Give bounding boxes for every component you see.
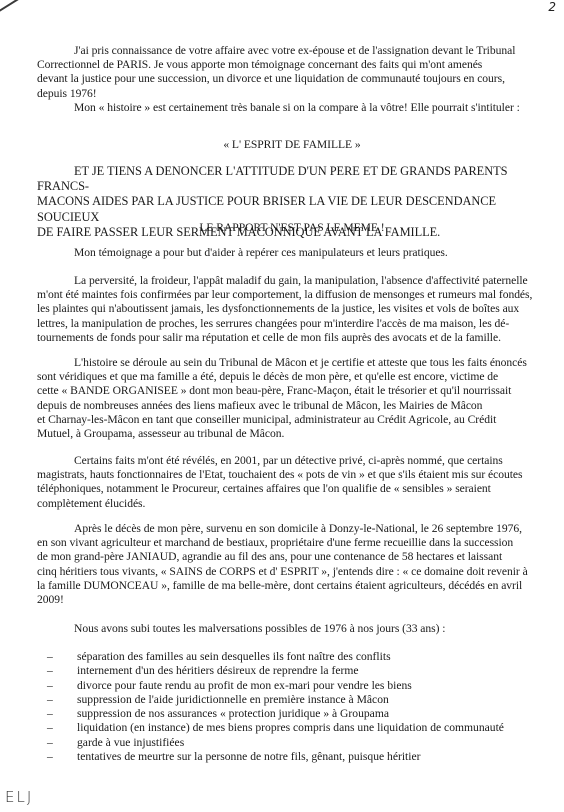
dash-bullet-icon: – [47,721,53,735]
denounce-line-1: ET JE TIENS A DENONCER L'ATTITUDE D'UN P… [37,164,547,194]
malversations-intro: Nous avons subi toutes les malversations… [37,622,547,636]
history-line-5: et Charnay-les-Mâcon en tant que conseil… [37,413,547,427]
intro-section: J'ai pris connaissance de votre affaire … [37,44,547,115]
letter-subtitle: LE RAPPORT N'EST PAS LE MEME ! [37,221,547,235]
malversations-intro-section: Nous avons subi toutes les malversations… [37,622,547,636]
perversity-line-4: lettres, la manipulation de proches, les… [37,317,547,331]
list-item: –séparation des familles au sein desquel… [47,650,547,664]
dash-bullet-icon: – [47,650,53,664]
list-item-text: séparation des familles au sein desquell… [77,650,391,663]
list-item-text: internement d'un des héritiers désireux … [77,664,359,677]
list-item: –garde à vue injustifiées [47,736,547,750]
intro-line-1: J'ai pris connaissance de votre affaire … [37,44,547,58]
dash-bullet-icon: – [47,693,53,707]
facts-paragraph: Certains faits m'ont été révélés, en 200… [37,454,547,511]
list-item-text: suppression de nos assurances « protecti… [77,707,389,720]
dash-bullet-icon: – [47,664,53,678]
death-line-3: de mon grand-père JANIAUD, agrandie au f… [37,550,547,564]
intro-line-4: depuis 1976! [37,87,547,101]
list-item-text: garde à vue injustifiées [77,736,184,749]
dash-bullet-icon: – [47,736,53,750]
facts-line-3: téléphoniques, notamment le Procureur, c… [37,482,547,496]
dash-bullet-icon: – [47,707,53,721]
dash-bullet-icon: – [47,679,53,693]
list-item: –tentatives de meurtre sur la personne d… [47,750,547,764]
purpose-line: Mon témoignage a pour but d'aider à repé… [37,246,547,260]
perversity-line-1: La perversité, la froideur, l'appât mala… [37,274,547,288]
list-item-text: divorce pour faute rendu au profit de mo… [77,679,412,692]
facts-line-2: magistrats, hauts fonctionnaires de l'Et… [37,468,547,482]
list-item-text: liquidation (en instance) de mes biens p… [77,721,504,734]
purpose-section: Mon témoignage a pour but d'aider à repé… [37,246,547,260]
perversity-line-2: m'ont été maintes fois confirmées par le… [37,288,547,302]
death-line-6: 2009! [37,593,547,607]
perversity-paragraph: La perversité, la froideur, l'appât mala… [37,274,547,345]
malversations-list: –séparation des familles au sein desquel… [47,650,547,764]
list-item-text: tentatives de meurtre sur la personne de… [77,750,421,763]
facts-line-1: Certains faits m'ont été révélés, en 200… [37,454,547,468]
perversity-line-5: tournements de fonds pour salir ma réput… [37,331,547,345]
intro-story-line: Mon « histoire » est certainement très b… [37,101,547,115]
history-line-2: sont véridiques et que ma famille a été,… [37,370,547,384]
intro-line-2: Correctionnel de PARIS. Je vous apporte … [37,58,547,72]
history-line-6: Mutuel, à Groupama, assesseur au tribuna… [37,427,547,441]
perversity-line-3: les plaintes qui n'aboutissent jamais, l… [37,302,547,316]
dash-bullet-icon: – [47,750,53,764]
list-item: –divorce pour faute rendu au profit de m… [47,679,547,693]
list-item: –liquidation (en instance) de mes biens … [47,721,547,735]
death-line-2: en son vivant agriculteur et marchand de… [37,536,547,550]
list-item: –suppression de nos assurances « protect… [47,707,547,721]
history-line-4: depuis de nombreuses années des liens ma… [37,399,547,413]
handwritten-initials: ELJ [5,788,33,806]
death-line-1: Après le décès de mon père, survenu en s… [37,522,547,536]
history-line-3: cette « BANDE ORGANISEE » dont mon beau-… [37,384,547,398]
page-number: 2 [548,0,556,14]
scanned-letter-page: 2 J'ai pris connaissance de votre affair… [0,0,564,812]
letter-title: « L' ESPRIT DE FAMILLE » [37,138,547,152]
list-item: –internement d'un des héritiers désireux… [47,664,547,678]
death-line-5: la famille DUMONCEAU », famille de ma be… [37,579,547,593]
history-line-1: L'histoire se déroule au sein du Tribuna… [37,356,547,370]
intro-line-3: devant la justice pour une succession, u… [37,72,547,86]
list-item: –suppression de l'aide juridictionnelle … [47,693,547,707]
death-paragraph: Après le décès de mon père, survenu en s… [37,522,547,607]
list-item-text: suppression de l'aide juridictionnelle e… [77,693,389,706]
pen-stroke-mark [0,0,51,14]
history-paragraph: L'histoire se déroule au sein du Tribuna… [37,356,547,441]
facts-line-4: complètement élucidés. [37,497,547,511]
death-line-4: cinq héritiers tous vivants, « SAINS de … [37,565,547,579]
